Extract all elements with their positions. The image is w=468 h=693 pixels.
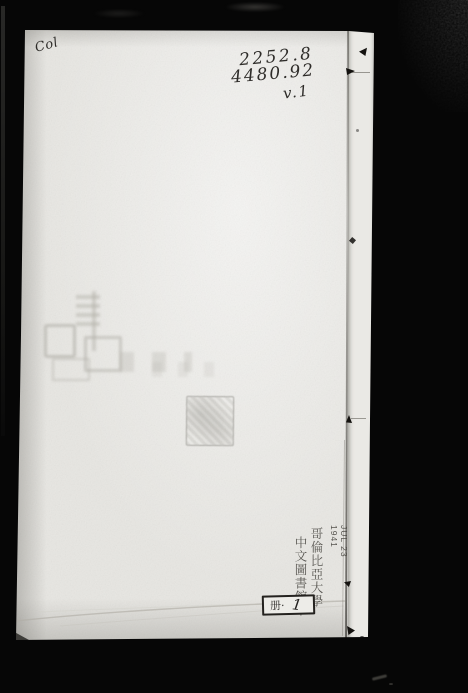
scan-scratch bbox=[389, 683, 393, 685]
volume-label-prefix: 册· bbox=[270, 600, 285, 611]
stitch-mark bbox=[351, 418, 366, 419]
scan-scratch bbox=[372, 674, 387, 681]
binding-margin-strip bbox=[348, 30, 373, 638]
scanner-edge-strip bbox=[1, 6, 5, 436]
scan-smudge bbox=[92, 9, 146, 18]
accession-date-text: JUL 23 1941 bbox=[329, 525, 349, 583]
volume-label-box: 册· 1 bbox=[262, 594, 316, 615]
scan-smudge bbox=[224, 2, 286, 12]
call-number-line-3: v.1 bbox=[282, 81, 311, 102]
accession-date-stamp: JUL 23 1941 bbox=[329, 525, 344, 583]
stitch-mark bbox=[352, 72, 370, 73]
volume-label-number: 1 bbox=[291, 597, 302, 613]
stitch-mark bbox=[356, 129, 359, 132]
scan-static-noise bbox=[398, 0, 468, 112]
book-scan-stage: Col 2252.8 4480.92 v.1 JUL 23 1941 哥倫比亞大… bbox=[0, 0, 468, 693]
stitch-mark bbox=[360, 636, 364, 639]
